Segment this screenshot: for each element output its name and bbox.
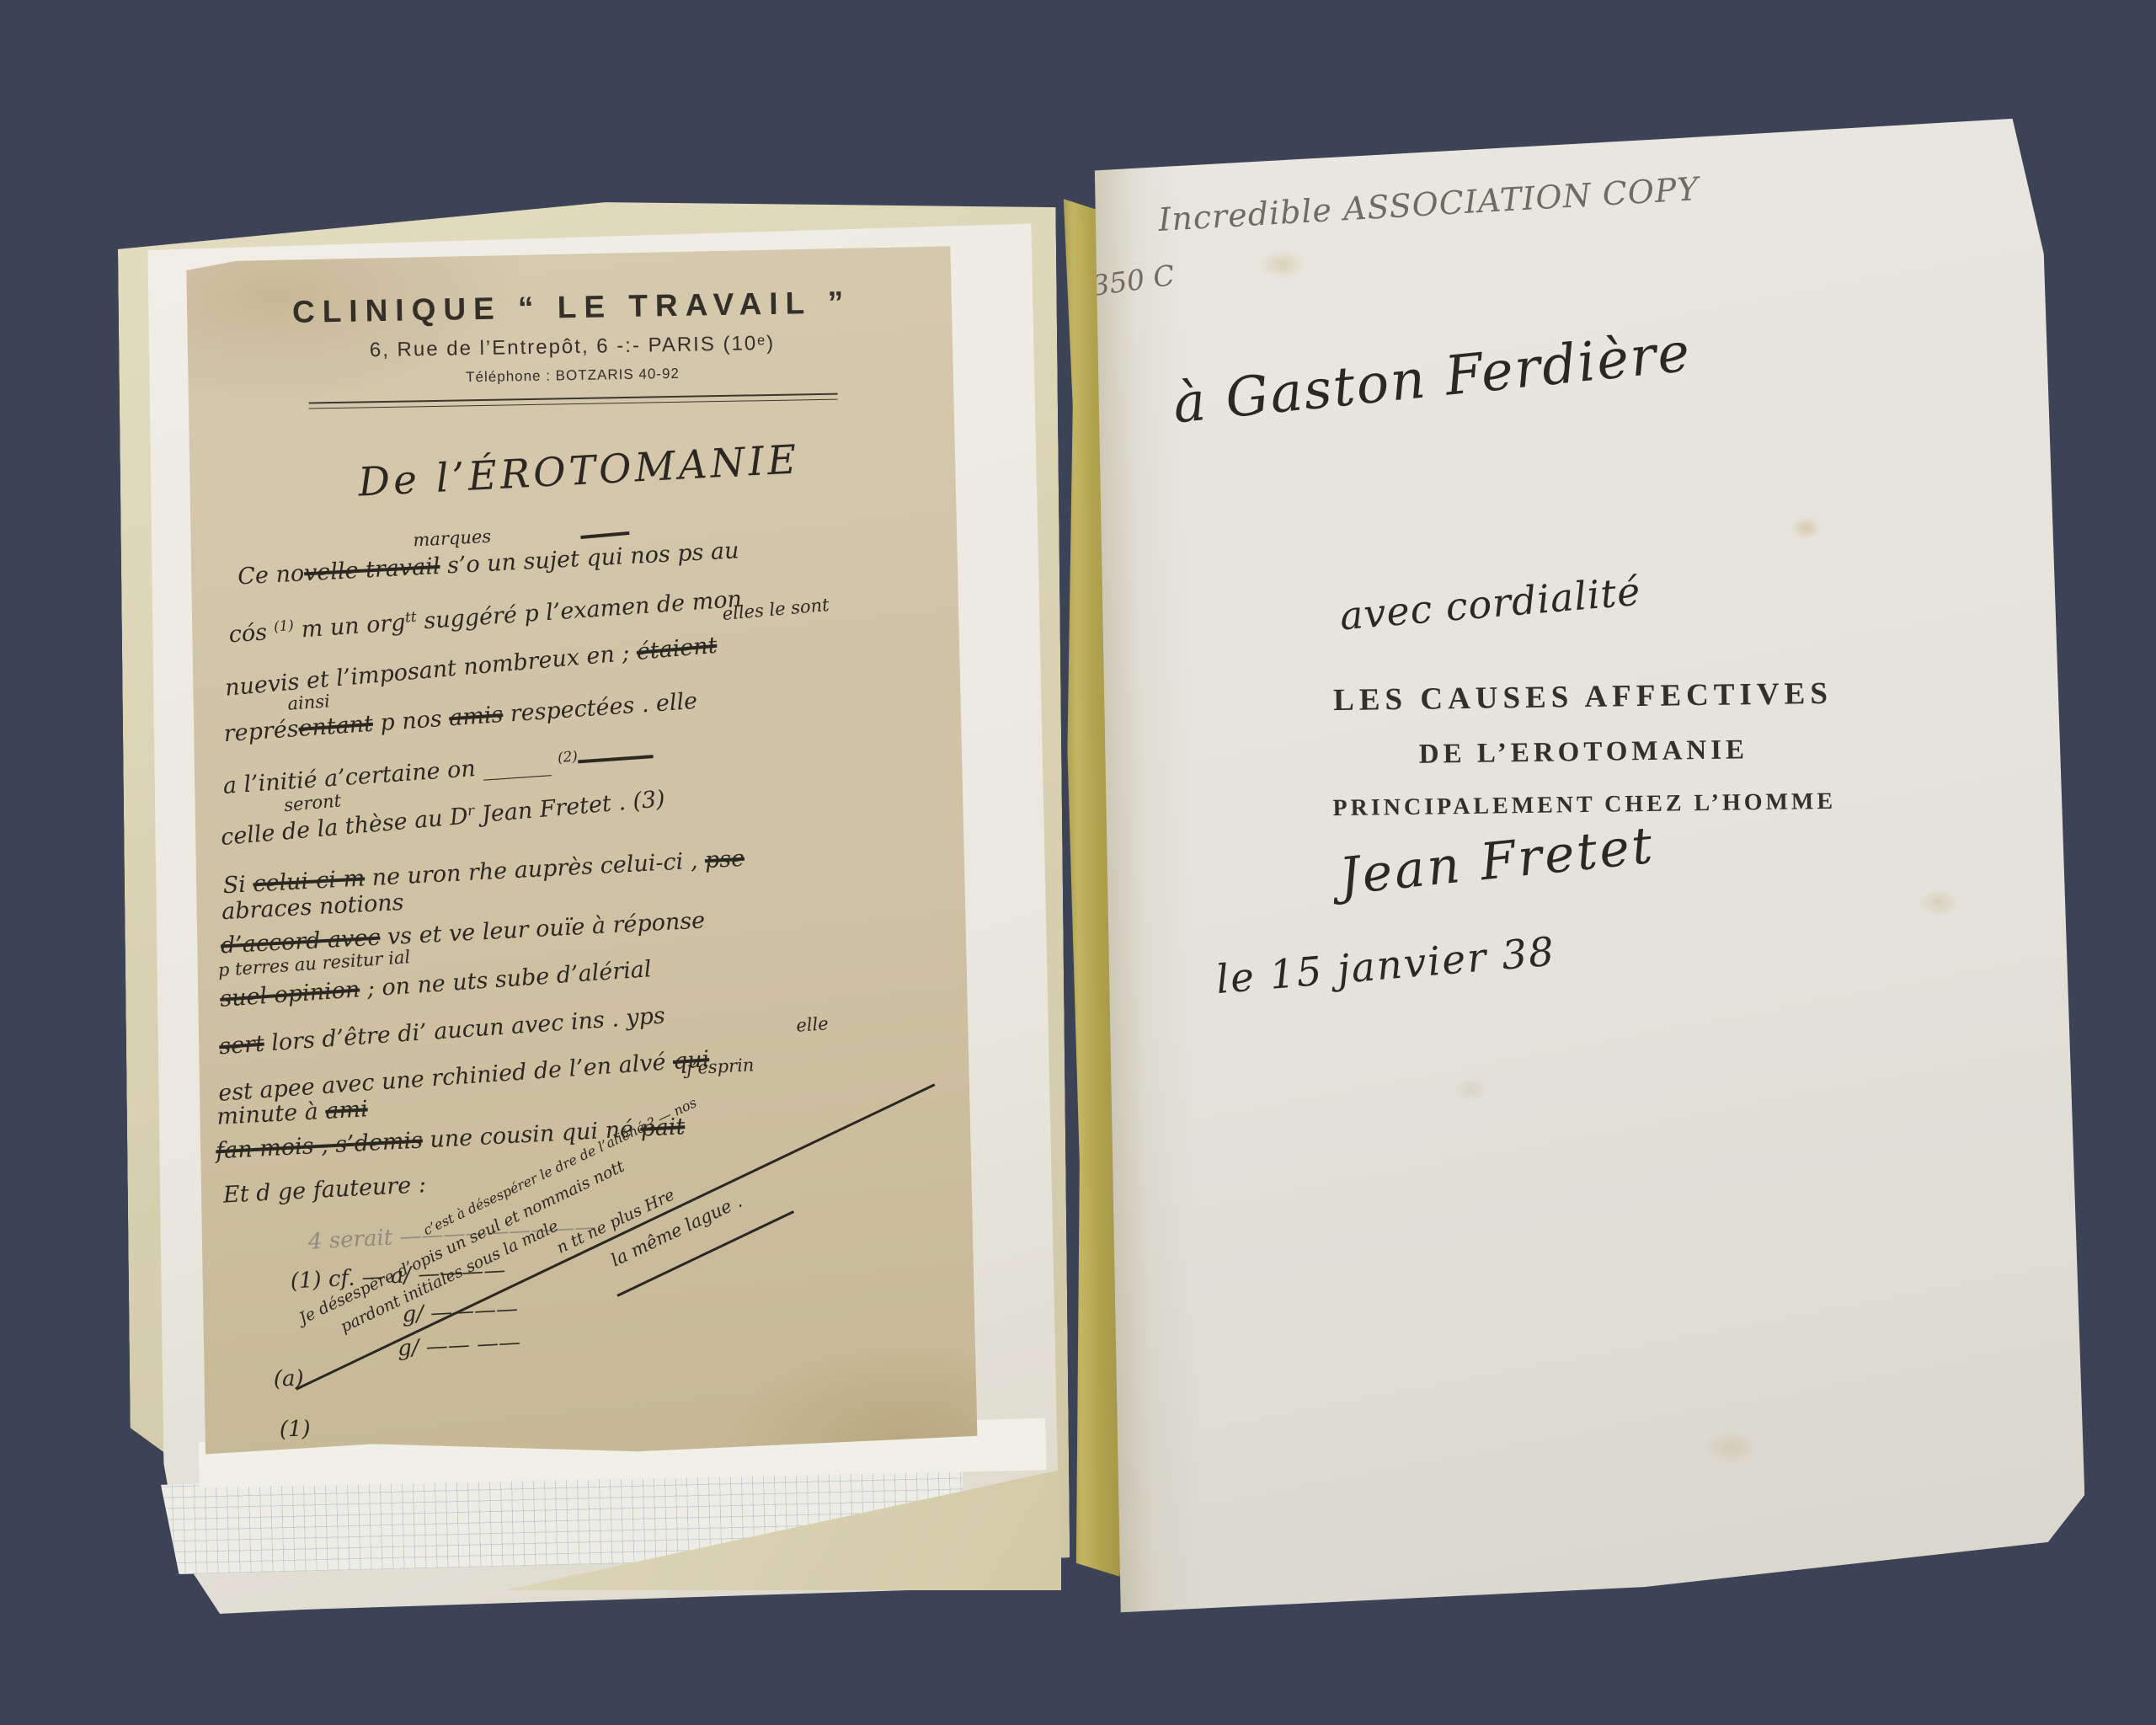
interline-insertion: elle bbox=[795, 1012, 829, 1036]
footnote-item: g/ —— —— bbox=[397, 1330, 520, 1362]
manuscript-line: celle de la thèse au Dr Jean Fretet . (3… bbox=[220, 785, 666, 851]
clinic-phone: Téléphone : BOTZARIS 40-92 bbox=[184, 360, 962, 391]
clinic-address: 6, Rue de l’Entrepôt, 6 -:- PARIS (10ᵉ) bbox=[183, 328, 961, 366]
manuscript-line: Et d ge fauteure : bbox=[222, 1172, 426, 1209]
title-underline bbox=[580, 531, 629, 539]
manuscript-line: est apee avec une rchinied de l’en alvé … bbox=[217, 1046, 710, 1107]
book-title-line-2: DE L’EROTOMANIE bbox=[1093, 730, 2074, 775]
clinic-letterhead: CLINIQUE “ LE TRAVAIL ” 6, Rue de l’Entr… bbox=[182, 283, 962, 411]
dedication-date: le 15 janvier 38 bbox=[1214, 929, 1557, 1004]
manuscript-title: De l’ÉROTOMANIE bbox=[357, 436, 801, 505]
pencil-inscription: Incredible ASSOCIATION COPY bbox=[1157, 170, 1700, 238]
manuscript-line: sert lors d’être di’ aucun avec ins . yp… bbox=[218, 1002, 666, 1060]
dedication-recipient: à Gaston Ferdière bbox=[1171, 321, 1694, 435]
interline-insertion: ainsi bbox=[287, 690, 331, 713]
book-photograph: CLINIQUE “ LE TRAVAIL ” 6, Rue de l’Entr… bbox=[0, 0, 2156, 1725]
interline-insertion: seront bbox=[283, 789, 342, 815]
letterhead-rule bbox=[309, 393, 838, 409]
interline-insertion: marques bbox=[413, 526, 492, 551]
printed-book-title: LES CAUSES AFFECTIVES DE L’EROTOMANIE PR… bbox=[1092, 672, 2075, 825]
manuscript-line: suel opinion ; on ne uts sube d’alérialp… bbox=[219, 956, 652, 1012]
manuscript-sheet: CLINIQUE “ LE TRAVAIL ” 6, Rue de l’Entr… bbox=[182, 246, 981, 1464]
price-code: 350 C bbox=[1090, 259, 1177, 302]
right-page: Incredible ASSOCIATION COPY 350 C à Gast… bbox=[1085, 118, 2087, 1637]
footnote-item: (1) bbox=[280, 1417, 311, 1443]
dedication-greeting: avec cordialité bbox=[1338, 569, 1642, 639]
book-title-line-1: LES CAUSES AFFECTIVES bbox=[1092, 672, 2073, 722]
author-signature: Jean Fretet bbox=[1337, 816, 1657, 907]
clinic-name: CLINIQUE “ LE TRAVAIL ” bbox=[182, 283, 961, 332]
manuscript-line: Si celui-ci m ne uron rhe auprès celui-c… bbox=[222, 846, 745, 899]
manuscript-line: représentant p nos amis respectées . ell… bbox=[223, 688, 698, 747]
book-title-line-3: PRINCIPALEMENT CHEZ L’HOMME bbox=[1094, 785, 2075, 825]
manuscript-line: Ce novelle travail s’o un sujet qui nos … bbox=[237, 537, 740, 590]
interline-insertion: j’esprin bbox=[686, 1054, 754, 1078]
